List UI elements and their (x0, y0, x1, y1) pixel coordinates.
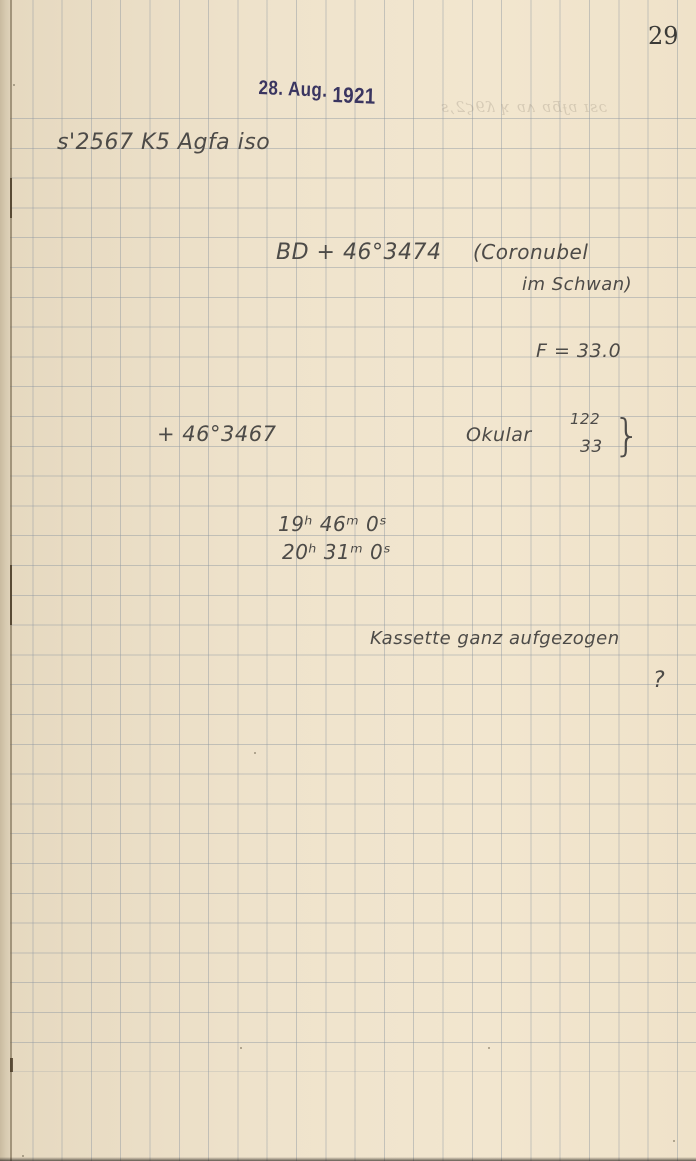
okular-label: Okular (466, 424, 532, 446)
stamp-year: 1921 (332, 82, 376, 110)
binding-stitch-mark (10, 565, 12, 625)
stamp-date: 28. Aug. (258, 77, 328, 102)
declination-entry: + 46°3467 (157, 422, 276, 446)
paper-speck (673, 1140, 675, 1142)
paper-speck (254, 752, 256, 754)
page-bottom-edge (0, 1157, 696, 1161)
remark-question-mark: ? (653, 668, 665, 693)
okular-value-1: 122 (570, 410, 600, 428)
paper-speck (488, 1047, 490, 1049)
bleed-through-text: ɔsɪ ɐɟƃɐ ʌɐ ʞ ʎ9ϛ2,s (440, 98, 607, 116)
exposure-start-time: 19ʰ 46ᵐ 0ˢ (278, 512, 387, 536)
paper-speck (240, 1047, 242, 1049)
date-stamp: 28. Aug.1921 (258, 74, 376, 105)
paper-speck (13, 84, 15, 86)
okular-value-2: 33 (580, 437, 603, 457)
plate-entry: s'2567 K5 Agfa iso (57, 130, 270, 155)
notebook-page: ɔsɪ ɐɟƃɐ ʌɐ ʞ ʎ9ϛ2,s 29 28. Aug.1921 s'2… (0, 0, 696, 1161)
object-note-line-2: im Schwan) (522, 274, 632, 295)
okular-brace: } (613, 410, 642, 461)
page-number: 29 (648, 22, 679, 50)
binding-stitch-mark (10, 1058, 13, 1072)
object-designation: BD + 46°3474 (276, 240, 441, 265)
focus-value: F = 33.0 (536, 340, 621, 362)
binding-stitch-mark (10, 178, 12, 218)
remark-text: Kassette ganz aufgezogen (370, 628, 620, 649)
exposure-end-time: 20ʰ 31ᵐ 0ˢ (282, 540, 391, 564)
object-note-line-1: (Coronubel (473, 240, 588, 264)
